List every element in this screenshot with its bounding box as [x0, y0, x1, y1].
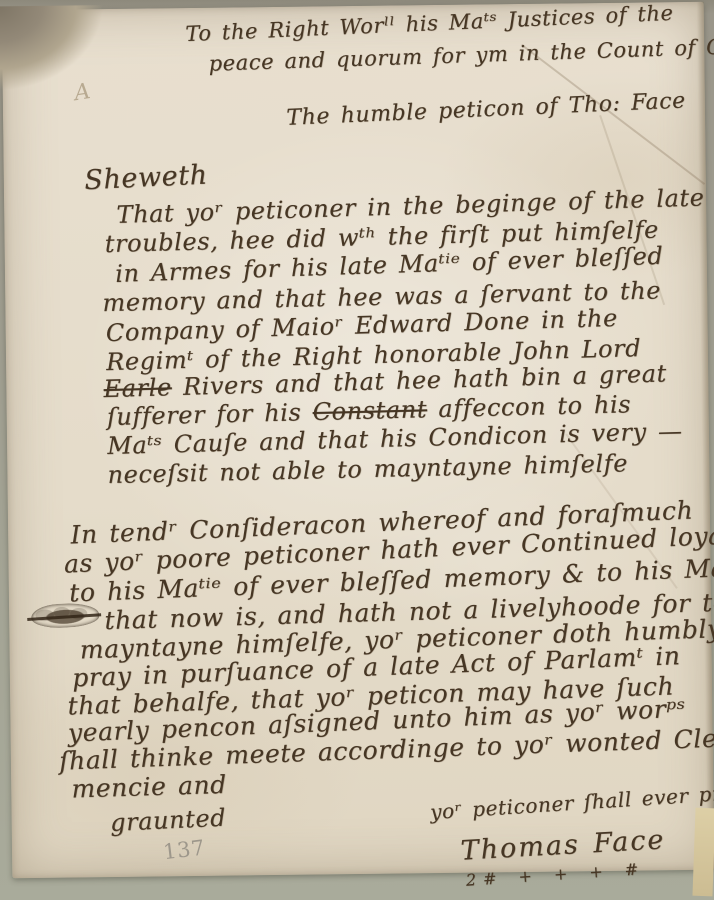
prayer-line: yoʳ peticoner ſhall ever pray: [429, 780, 714, 824]
petition-page: A To the Right Worˡˡ his Maᵗˢ Justices o…: [2, 2, 714, 879]
manuscript-scan: A To the Right Worˡˡ his Maᵗˢ Justices o…: [0, 0, 714, 900]
struck-word: Constant: [312, 395, 427, 426]
line-text: ſufferer for his: [107, 398, 313, 431]
faint-mark: A: [73, 79, 93, 106]
sheweth-heading: Sheweth: [84, 160, 209, 197]
adjacent-page-edge: [692, 808, 714, 897]
struck-word: Earle: [103, 373, 172, 403]
corner-stain: [0, 4, 190, 166]
granted-annotation: graunted: [109, 804, 226, 837]
manuscript-line: mencie and: [71, 770, 227, 804]
folio-number: 137: [162, 836, 206, 865]
